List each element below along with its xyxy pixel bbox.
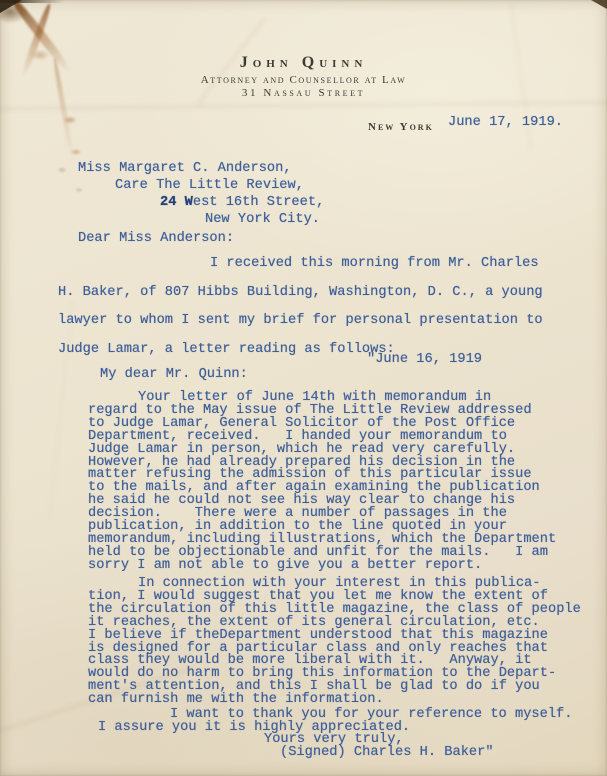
recipient-street: est 16th Street, — [193, 195, 324, 210]
opening-paragraph: I received this morning from Mr. Charles… — [58, 250, 543, 364]
text-line: I received this morning from Mr. Charles — [58, 250, 543, 279]
paper-crease — [0, 101, 607, 111]
quoted-letter-paragraph-2: In connection with your interest in this… — [88, 578, 581, 707]
overstruck-text: 24 W — [160, 195, 193, 210]
corner-tear-top-right — [591, 0, 607, 9]
quoted-letter-salutation: My dear Mr. Quinn: — [100, 367, 248, 382]
recipient-line: Miss Margaret C. Anderson, — [78, 160, 324, 177]
letterhead-address: 31 Nassau Street — [0, 87, 607, 99]
salutation: Dear Miss Anderson: — [78, 231, 234, 246]
recipient-line: New York City. — [78, 211, 324, 228]
text-line: sorry I am not able to give you a better… — [88, 560, 556, 573]
quoted-letter-closing: I want to thank you for your reference t… — [88, 709, 572, 759]
letterhead-name: John Quinn — [0, 54, 607, 72]
quoted-letter-paragraph-1: Your letter of June 14th with memorandum… — [88, 392, 556, 573]
text-line: can furnish me with the information. — [88, 694, 581, 707]
recipient-line: 24 West 16th Street, — [78, 194, 324, 211]
letter-page: John Quinn Attorney and Counsellor at La… — [0, 0, 607, 776]
torn-edge-top — [0, 0, 64, 3]
recipient-line: Care The Little Review, — [78, 177, 324, 194]
text-line: (Signed) Charles H. Baker" — [88, 747, 572, 760]
recipient-address: Miss Margaret C. Anderson, Care The Litt… — [78, 160, 324, 228]
letterhead: John Quinn Attorney and Counsellor at La… — [0, 54, 607, 99]
dateline-place: New York — [368, 121, 434, 133]
text-line: H. Baker, of 807 Hibbs Building, Washing… — [58, 279, 543, 308]
letterhead-title: Attorney and Counsellor at Law — [0, 74, 607, 86]
text-line: lawyer to whom I sent my brief for perso… — [58, 307, 543, 336]
dateline-date: June 17, 1919. — [448, 115, 563, 130]
quoted-letter-date: "June 16, 1919 — [367, 352, 482, 367]
